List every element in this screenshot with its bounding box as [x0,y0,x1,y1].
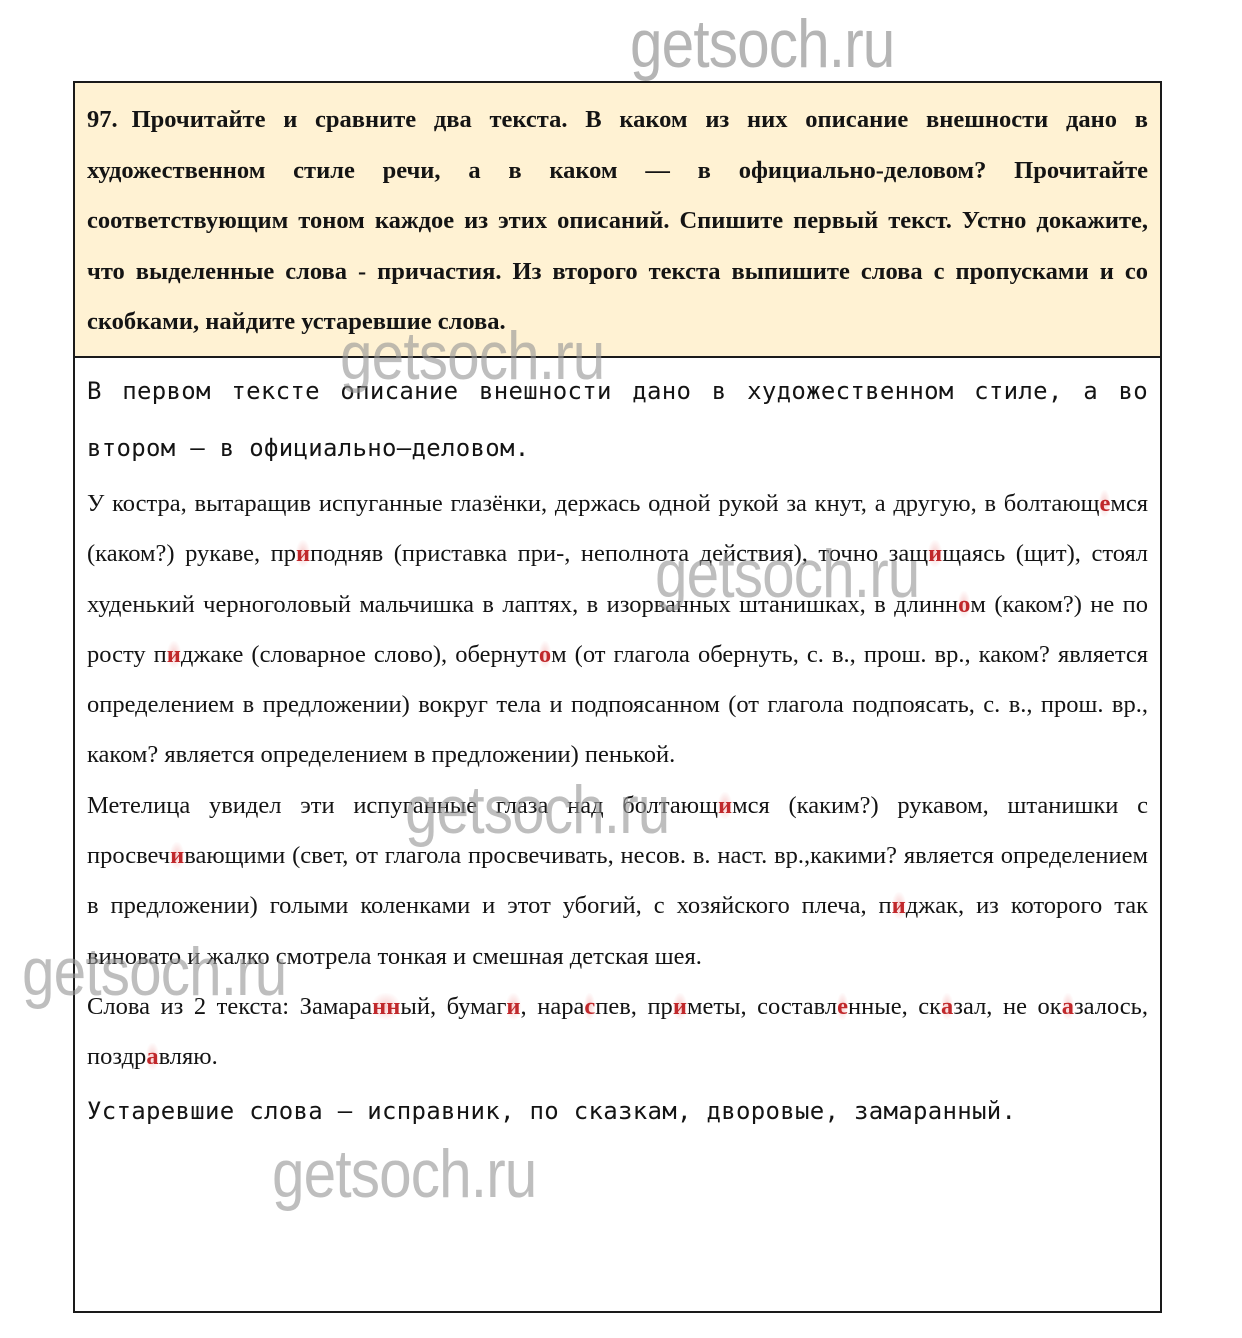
watermark: getsoch.ru [630,10,894,78]
highlighted-letter: и [167,641,181,668]
highlighted-letter: и [892,892,906,919]
task-block: 97.Прочитайте и сравните два текста. В к… [75,83,1160,358]
highlighted-letter: и [296,540,310,567]
highlighted-letter: с [584,993,595,1020]
highlighted-letter: и [170,842,184,869]
highlighted-letter: о [958,591,970,618]
task-instructions: Прочитайте и сравните два текста. В како… [87,106,1148,335]
highlighted-letter: е [837,993,848,1020]
highlighted-letter: а [941,993,953,1020]
highlighted-letter: нн [372,993,400,1020]
answer-paragraph-2: Метелица увидел эти испуганные глаза над… [87,781,1148,982]
answer-block: В первом тексте описание внешности дано … [75,363,1160,1140]
answer-intro: В первом тексте описание внешности дано … [87,363,1148,477]
highlighted-letter: и [673,993,687,1020]
highlighted-letter: а [1062,993,1074,1020]
answer-paragraph-1: У костра, вытаращив испуганные глазёнки,… [87,479,1148,781]
task-text: 97.Прочитайте и сравните два текста. В к… [87,95,1148,348]
answer-conclusion: Устаревшие слова – исправник, по сказкам… [87,1083,1148,1140]
highlighted-letter: а [146,1043,158,1070]
answer-words-list: Слова из 2 текста: Замаранный, бумаги, н… [87,982,1148,1083]
highlighted-letter: и [506,993,520,1020]
highlighted-letter: и [718,792,732,819]
highlighted-letter: о [539,641,551,668]
highlighted-letter: и [928,540,942,567]
task-number: 97. [87,106,118,133]
exercise-frame: 97.Прочитайте и сравните два текста. В к… [73,81,1162,1313]
highlighted-letter: е [1099,490,1110,517]
